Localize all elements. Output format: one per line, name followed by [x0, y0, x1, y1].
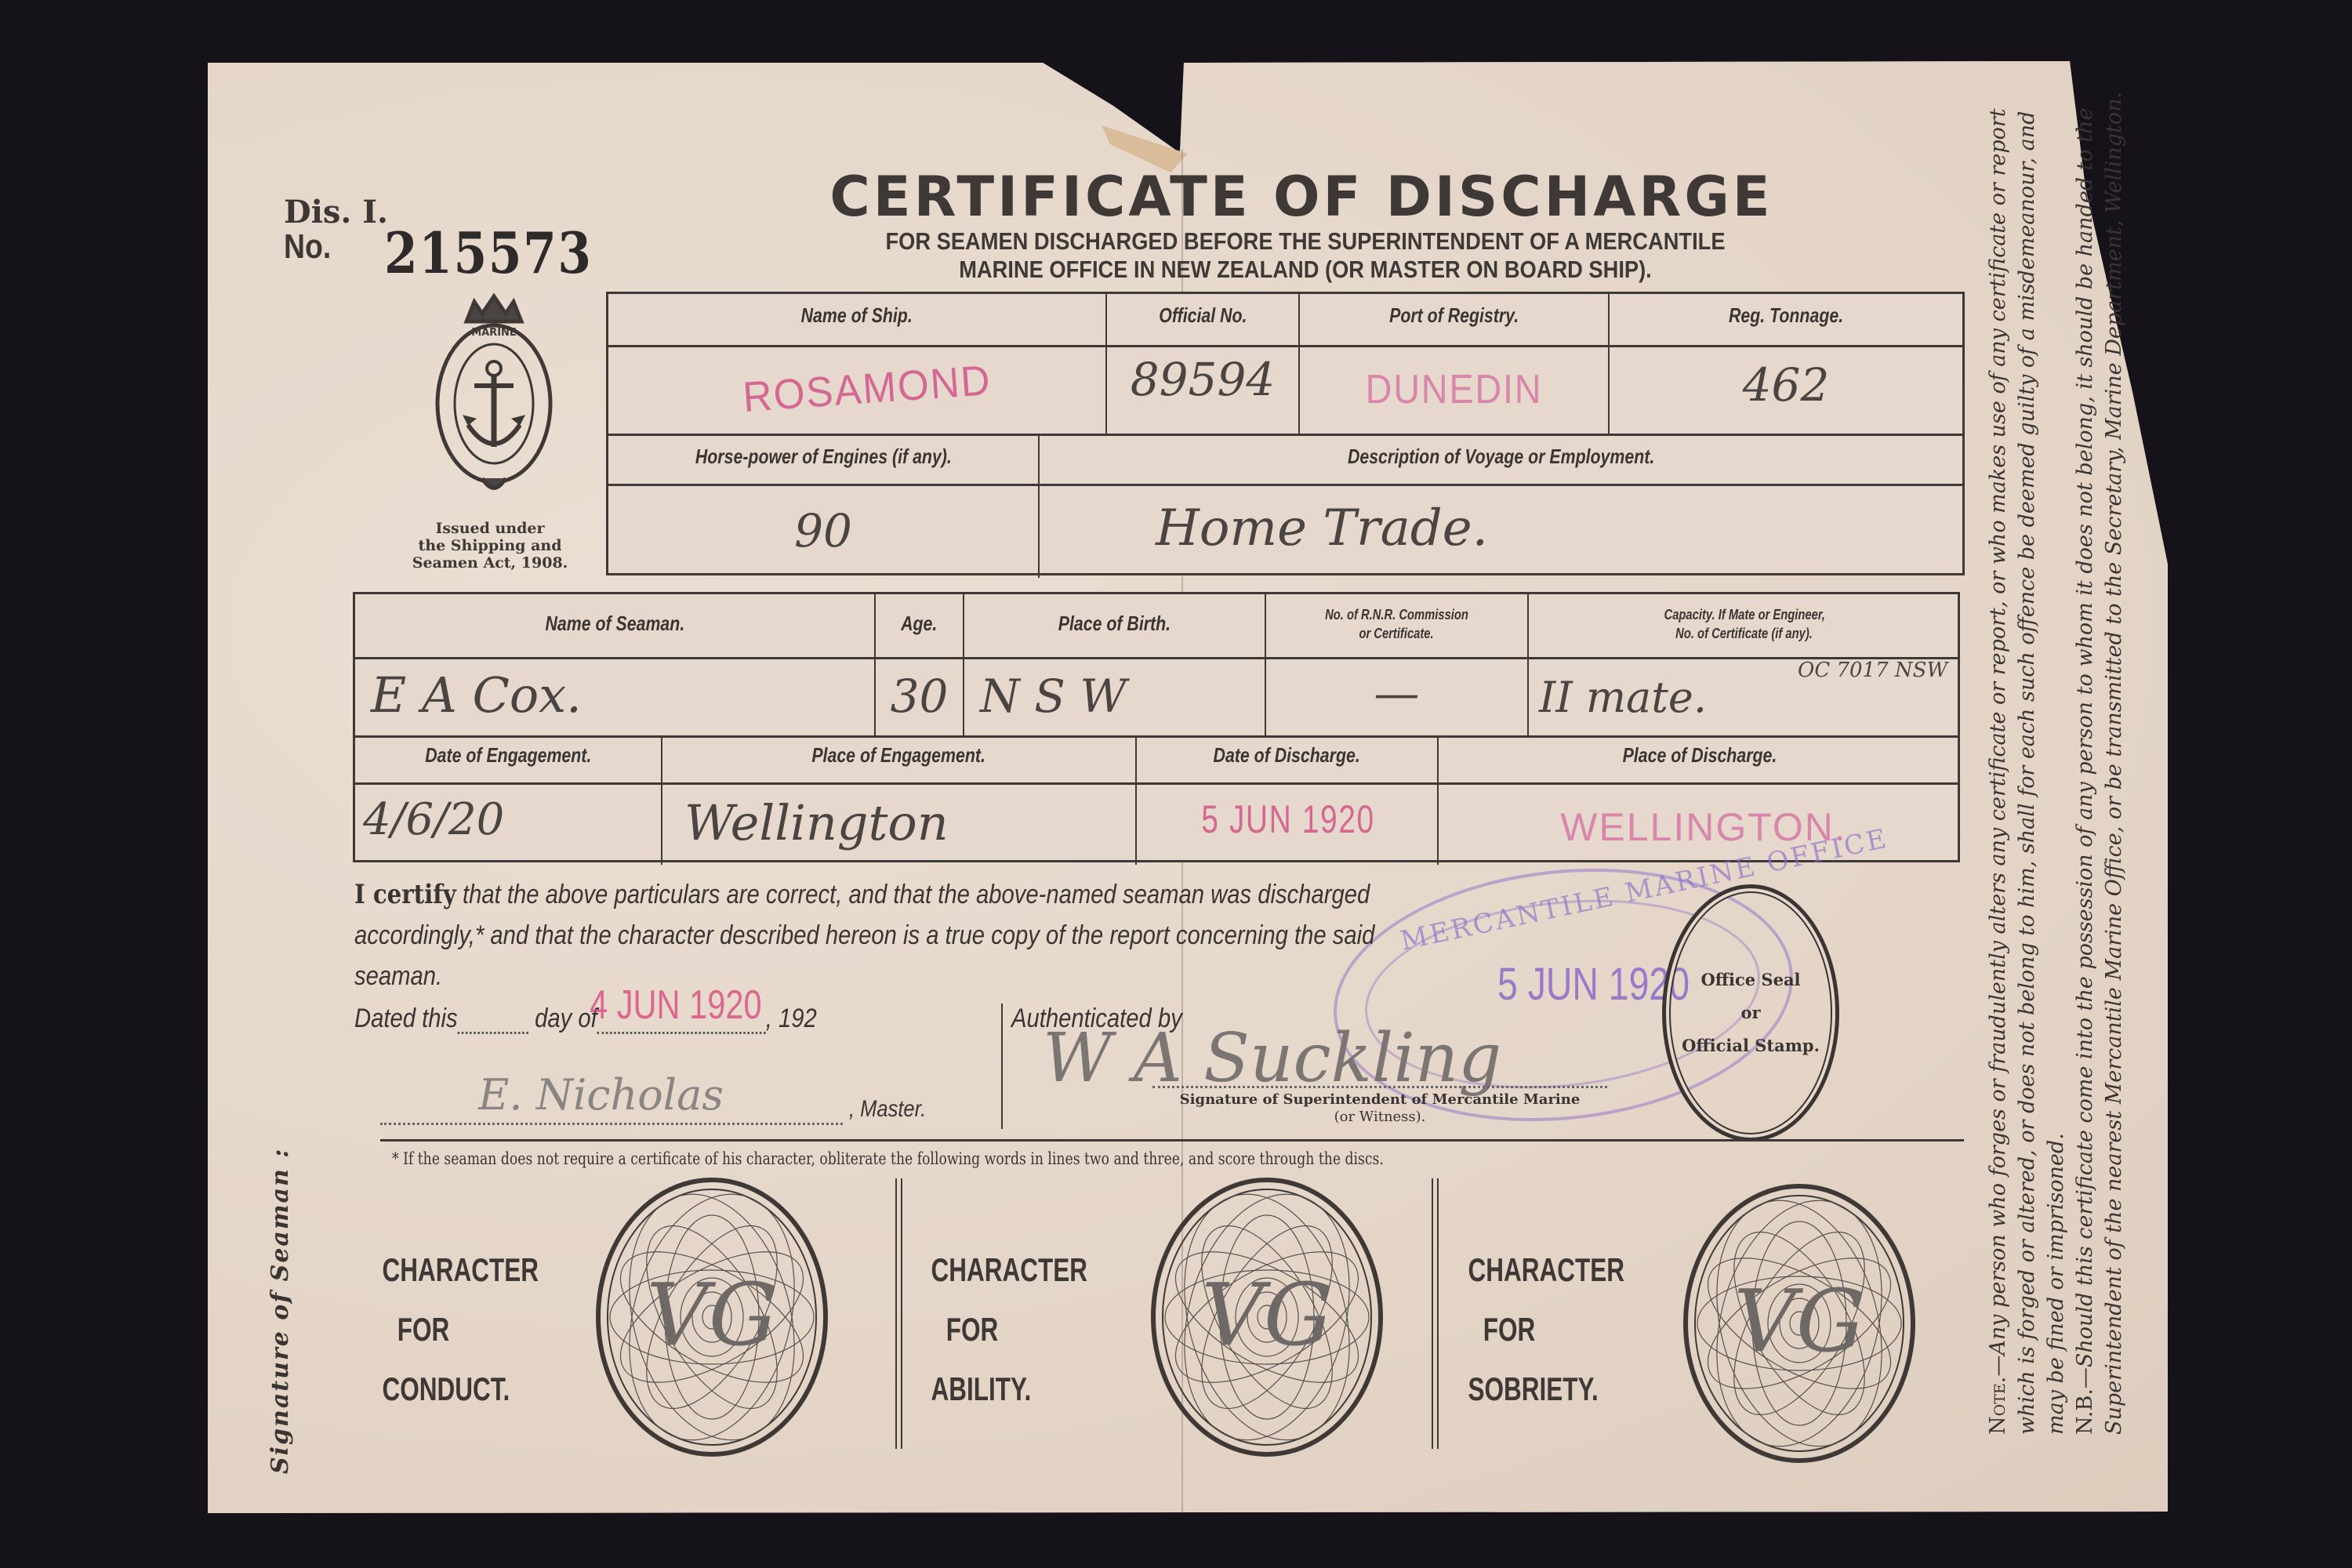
header-place-of-birth: Place of Birth.: [964, 612, 1265, 636]
place-of-engagement-value: Wellington: [684, 794, 1123, 851]
header-port-of-registry: Port of Registry.: [1300, 303, 1608, 328]
place-of-birth-value: N S W: [964, 670, 1280, 723]
ship-name-value: ROSAMOND: [643, 349, 1092, 429]
side-note: Note.—Any person who forges or fraudulen…: [1984, 63, 2129, 1474]
svg-text:VG: VG: [1201, 1265, 1332, 1365]
master-signature-line: [380, 1123, 843, 1125]
header-place-of-discharge: Place of Discharge.: [1439, 743, 1960, 768]
marine-department-seal-icon: MARINE: [404, 290, 584, 517]
ability-disc-icon: VG: [1149, 1176, 1385, 1458]
header-horse-power: Horse-power of Engines (if any).: [608, 445, 1038, 469]
page-title: CERTIFICATE OF DISCHARGE: [792, 165, 1811, 229]
certification-text: I certify that the above particulars are…: [354, 874, 1433, 996]
header-reg-tonnage: Reg. Tonnage.: [1610, 303, 1962, 328]
capacity-value: II mate.: [1539, 673, 1790, 722]
reg-tonnage-value: 462: [1610, 358, 1962, 412]
number-label: No.: [284, 227, 331, 267]
master-signature: E. Nicholas: [478, 1070, 724, 1120]
seaman-table-frame: Name of Seaman. Age. Place of Birth. No.…: [353, 592, 1960, 862]
stamp-purple-date: 5 JUN 1920: [1497, 958, 1690, 1011]
svg-text:VG: VG: [1733, 1271, 1864, 1371]
divider: [1001, 1004, 1003, 1129]
header-official-no: Official No.: [1107, 303, 1298, 328]
official-no-value: 89594: [1107, 353, 1298, 406]
character-conduct: CHARACTERFORCONDUCT. VG: [368, 1176, 878, 1505]
character-ability: CHARACTERFORABILITY. VG: [917, 1176, 1435, 1505]
header-age: Age.: [876, 612, 963, 636]
superintendent-signature-line: [1152, 1086, 1607, 1088]
superintendent-label: Signature of Superintendent of Mercantil…: [1121, 1091, 1639, 1126]
sobriety-disc-icon: VG: [1682, 1182, 1917, 1465]
subtitle-line-2: MARINE OFFICE IN NEW ZEALAND (OR MASTER …: [778, 256, 1833, 284]
section-divider: [380, 1139, 1964, 1142]
header-date-of-discharge: Date of Discharge.: [1137, 743, 1437, 768]
date-of-discharge-value: 5 JUN 1920: [1175, 797, 1402, 842]
disc-separator: [1432, 1178, 1439, 1449]
horse-power-value: 90: [608, 504, 1038, 557]
header-voyage: Description of Voyage or Employment.: [1040, 445, 1962, 469]
footnote: * If the seaman does not require a certi…: [392, 1149, 1690, 1168]
header-place-of-engagement: Place of Engagement.: [662, 743, 1135, 768]
port-of-registry-value: DUNEDIN: [1316, 366, 1593, 413]
conduct-disc-icon: VG: [594, 1176, 829, 1458]
certificate-number: 215573: [384, 220, 593, 286]
issued-under-note: Issued under the Shipping and Seamen Act…: [376, 520, 604, 572]
header-name-of-ship: Name of Ship.: [608, 303, 1105, 328]
age-value: 30: [876, 670, 963, 723]
dated-stamp: 4 JUN 1920: [590, 982, 762, 1029]
master-label: , Master.: [849, 1096, 926, 1123]
ship-table-frame: Name of Ship. Official No. Port of Regis…: [606, 292, 1965, 575]
signature-of-seaman-label: Signature of Seaman :: [267, 1148, 294, 1474]
office-seal-circle: Office Seal or Official Stamp.: [1662, 884, 1839, 1142]
header-seaman-name: Name of Seaman.: [355, 612, 874, 636]
rnr-value: —: [1266, 666, 1527, 720]
subtitle-line-1: FOR SEAMEN DISCHARGED BEFORE THE SUPERIN…: [778, 227, 1833, 256]
svg-text:MARINE: MARINE: [471, 327, 517, 339]
page-subtitle: FOR SEAMEN DISCHARGED BEFORE THE SUPERIN…: [778, 227, 1833, 284]
svg-text:VG: VG: [646, 1265, 777, 1365]
date-of-engagement-value: 4/6/20: [363, 794, 661, 845]
capacity-certificate-value: OC 7017 NSW: [1798, 659, 1955, 682]
voyage-value: Home Trade.: [1047, 499, 1596, 557]
form-code: Dis. I.: [284, 194, 388, 230]
seaman-name-value: E A Cox.: [371, 666, 873, 724]
header-date-of-engagement: Date of Engagement.: [355, 743, 661, 768]
character-sobriety: CHARACTERFORSOBRIETY. VG: [1454, 1176, 1972, 1505]
disc-separator: [895, 1178, 902, 1449]
header-rnr-commission: No. of R.N.R. Commission or Certificate.: [1266, 605, 1527, 643]
header-capacity: Capacity. If Mate or Engineer, No. of Ce…: [1529, 605, 1960, 643]
